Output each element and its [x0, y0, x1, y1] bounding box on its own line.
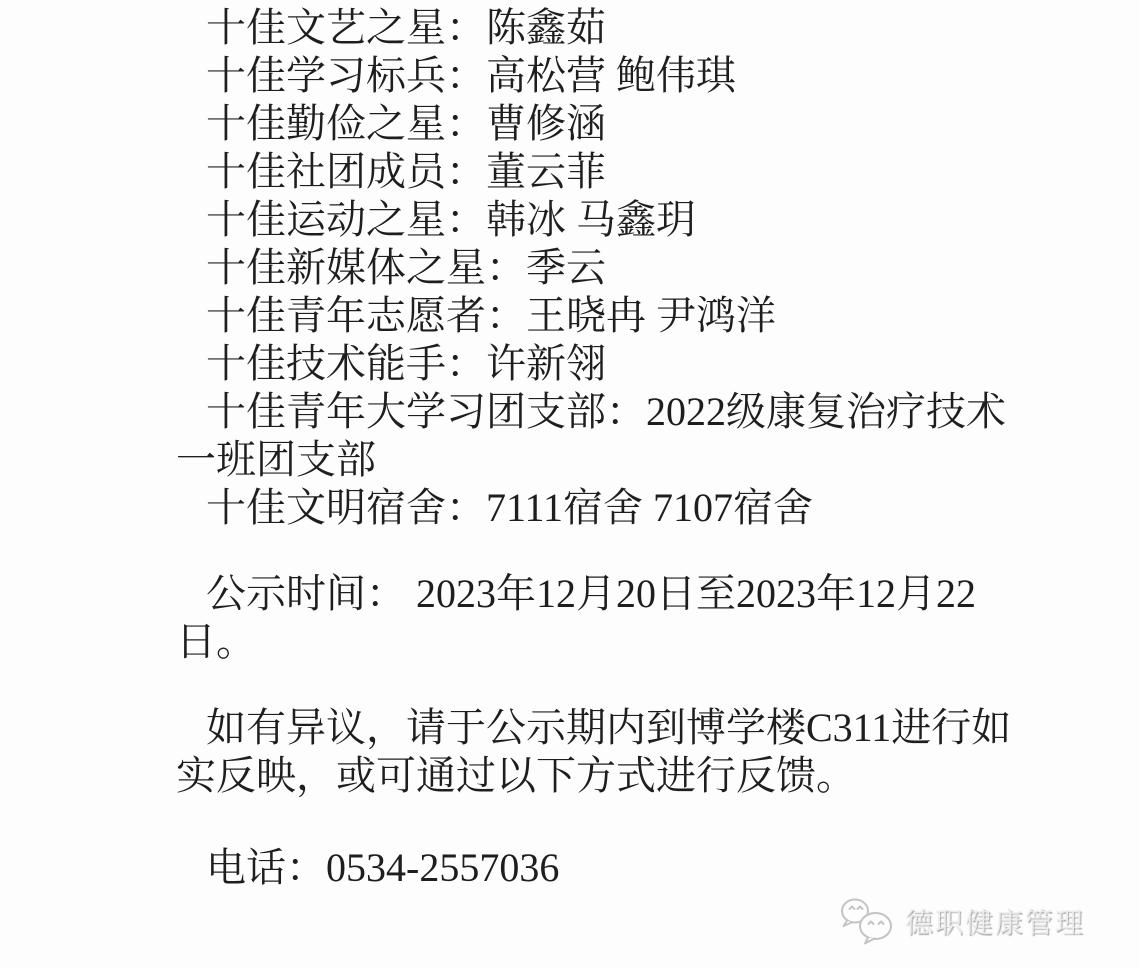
award-line: 十佳技术能手：许新翎: [176, 340, 1020, 388]
award-line: 十佳青年志愿者：王晓冉 尹鸿洋: [176, 292, 1020, 340]
notice-period-line: 公示时间： 2023年12月20日至2023年12月22日。: [176, 570, 1020, 666]
wechat-account-watermark: 德职健康管理: [838, 897, 1085, 945]
objection-instructions-line: 如有异议，请于公示期内到博学楼C311进行如实反映，或可通过以下方式进行反馈。: [176, 704, 1020, 800]
award-line: 十佳学习标兵：高松营 鲍伟琪: [176, 52, 1020, 100]
watermark-label: 德职健康管理: [905, 901, 1085, 941]
wechat-icon: [838, 897, 896, 945]
award-line: 十佳勤俭之星：曹修涵: [176, 100, 1020, 148]
announcement-page: 十佳文艺之星：陈鑫茹 十佳学习标兵：高松营 鲍伟琪 十佳勤俭之星：曹修涵 十佳社…: [0, 0, 1139, 968]
award-line: 十佳文艺之星：陈鑫茹: [176, 4, 1020, 52]
phone-line: 电话：0534-2557036: [176, 844, 1020, 892]
award-line: 十佳青年大学习团支部：2022级康复治疗技术一班团支部: [176, 388, 1020, 484]
announcement-body: 十佳文艺之星：陈鑫茹 十佳学习标兵：高松营 鲍伟琪 十佳勤俭之星：曹修涵 十佳社…: [176, 4, 1020, 892]
award-line: 十佳文明宿舍：7111宿舍 7107宿舍: [176, 484, 1020, 532]
award-line: 十佳新媒体之星：季云: [176, 244, 1020, 292]
award-line: 十佳社团成员：董云菲: [176, 148, 1020, 196]
award-line: 十佳运动之星：韩冰 马鑫玥: [176, 196, 1020, 244]
